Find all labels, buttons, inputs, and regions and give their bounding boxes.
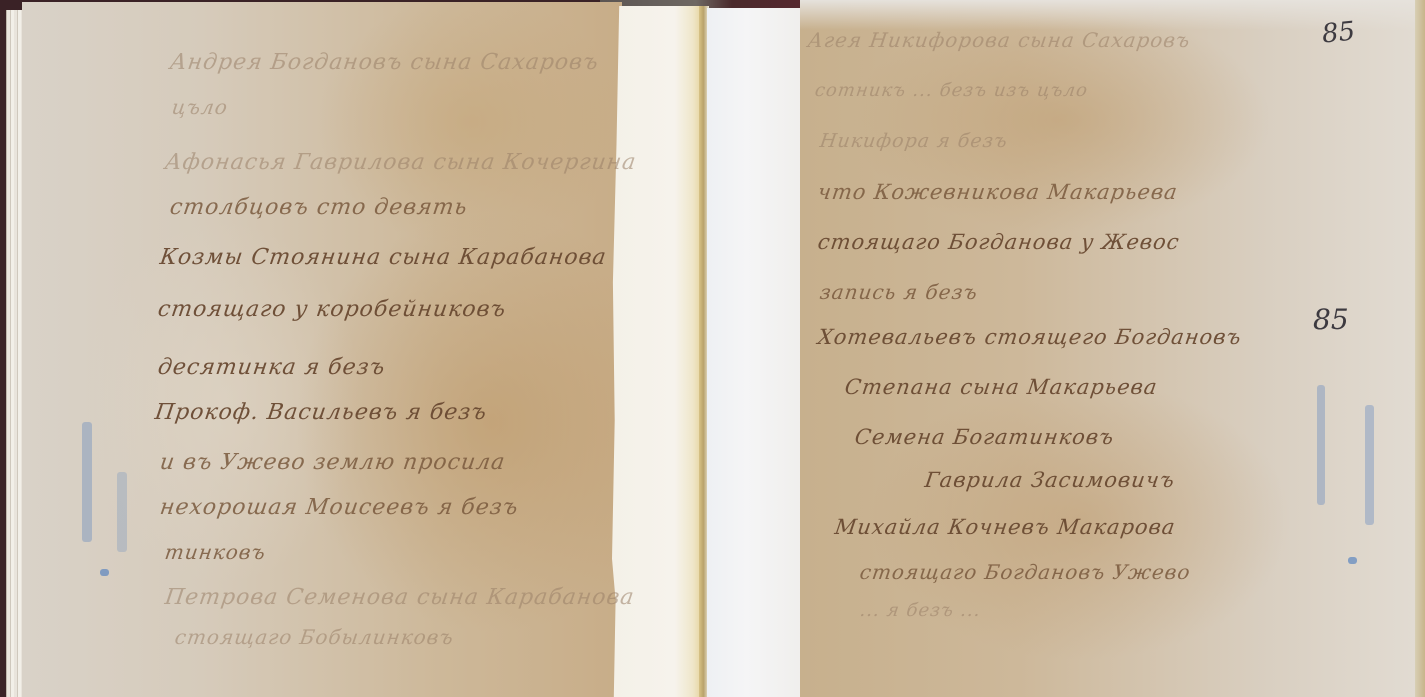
handwritten-line: Михайла Кочневъ Макарова <box>833 515 1177 539</box>
blue-stamp-mark <box>82 422 92 542</box>
handwritten-line: стоящаго Богдановъ Ужево <box>858 560 1192 584</box>
blue-stamp-dot <box>100 569 109 576</box>
handwritten-line: Гаврила Засимовичъ <box>923 468 1176 492</box>
handwritten-line: сотникъ ... безъ изъ цъло <box>814 80 1090 101</box>
handwritten-line: и въ Ужево землю просила <box>158 450 507 475</box>
handwritten-line: цъло <box>170 95 229 119</box>
handwritten-line: тинковъ <box>163 540 267 564</box>
handwritten-line: Семена Богатинковъ <box>853 425 1116 449</box>
blue-stamp-mark <box>1365 405 1374 525</box>
handwritten-line: Хотевальевъ стоящего Богдановъ <box>816 325 1243 349</box>
handwritten-line: Агея Никифорова сына Сахаровъ <box>806 28 1192 52</box>
open-manuscript-book: 85 85 Андрея Богдановъ сына Сахаровъцъло… <box>0 0 1425 697</box>
handwritten-line: ... я безъ ... <box>859 600 983 621</box>
handwritten-line: что Кожевникова Макарьева <box>816 180 1179 204</box>
blue-stamp-mark <box>117 472 127 552</box>
handwritten-line: десятинка я безъ <box>156 355 387 380</box>
blue-stamp-mark <box>1317 385 1325 505</box>
blue-stamp-dot <box>1348 557 1357 564</box>
handwritten-line: Прокоф. Васильевъ я безъ <box>153 400 489 425</box>
handwritten-line: стоящаго Богданова у Жевос <box>816 230 1181 254</box>
handwritten-line: стоящаго Бобылинковъ <box>173 625 455 649</box>
handwritten-line: Степана сына Макарьева <box>843 375 1159 399</box>
handwritten-line: столбцовъ сто девять <box>168 195 469 220</box>
folio-number-margin: 85 <box>1313 303 1349 336</box>
handwritten-line: Никифора я безъ <box>818 130 1009 152</box>
page-right-edge <box>1415 0 1425 697</box>
handwritten-line: запись я безъ <box>818 280 979 304</box>
handwritten-line: Андрея Богдановъ сына Сахаровъ <box>168 50 600 75</box>
handwritten-line: Петрова Семенова сына Карабанова <box>163 585 636 610</box>
handwritten-line: нехорошая Моисеевъ я безъ <box>158 495 520 520</box>
folio-number-top: 85 <box>1321 16 1357 49</box>
handwritten-line: стоящаго у коробейниковъ <box>156 297 508 322</box>
handwritten-line: Козмы Стоянина сына Карабанова <box>158 245 608 270</box>
handwritten-line: Афонасья Гаврилова сына Кочергина <box>163 150 638 175</box>
